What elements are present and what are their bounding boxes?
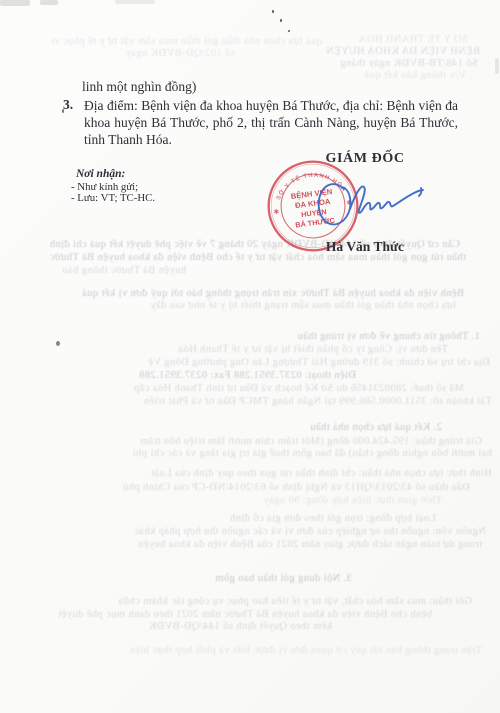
ink-speck xyxy=(272,10,274,13)
recipients-heading: Nơi nhận: xyxy=(76,168,125,180)
bleedthrough-line: Địa chỉ trụ sở chính: số 319 đường Hải T… xyxy=(100,357,490,369)
bleedthrough-line: Đấu thầu số 43/2013/QH13 và Nghị định số… xyxy=(56,482,470,494)
bleedthrough-line: SỞ Y TẾ THANH HÓA xyxy=(318,34,468,46)
bleedthrough-line: Gói thầu: mua sắm hóa chất, vật tư y tế … xyxy=(56,596,472,608)
bleedthrough-line: trong dự toán ngân sách được giao năm 20… xyxy=(60,539,482,551)
scan-smudge xyxy=(495,58,499,74)
ink-speck xyxy=(280,19,282,22)
bleedthrough-line: số 102/QĐ-BVĐK ngày xyxy=(95,48,235,60)
bleedthrough-line: 1. Thông tin chung về đơn vị trúng thầu xyxy=(228,331,480,343)
bleedthrough-line: Nguồn vốn: nguồn thu sự nghiệp của đơn v… xyxy=(56,526,486,538)
bleedthrough-line: kèm theo Quyết định số 144/QĐ-BVĐK xyxy=(90,621,332,633)
bleedthrough-line: Hình thức lựa chọn nhà thầu: chỉ định th… xyxy=(30,468,492,480)
bleedthrough-line: 2. Kết quả lựa chọn nhà thầu xyxy=(150,422,442,434)
bleedthrough-line: bệnh cho Bệnh viện đa khoa huyện Bá Thướ… xyxy=(56,609,432,621)
bleedthrough-line: Số 148/TB-BVĐK ngày tháng xyxy=(330,58,478,70)
bleedthrough-line: lựa chọn nhà thầu gói thầu mua sắm trang… xyxy=(36,300,456,312)
scan-smudge xyxy=(115,0,155,4)
list-item-text: Địa điểm: Bệnh viện đa khoa huyện Bá Thư… xyxy=(84,97,458,148)
bleedthrough-line: Loại hợp đồng: trọn gói theo đơn giá cố … xyxy=(150,513,436,525)
bleedthrough-line: Bệnh viện đa khoa huyện Bá Thước xin trâ… xyxy=(36,288,464,300)
signature-scribble xyxy=(350,187,423,213)
signature-loop xyxy=(319,184,351,224)
signature-tick xyxy=(419,188,421,196)
bleedthrough-line: Trân trọng thông báo tới quý cơ quan đơn… xyxy=(20,645,482,657)
bleedthrough-line: hai mươi bốn nghìn đồng chẵn) đã bao gồm… xyxy=(40,448,492,460)
list-item-3: 3. Địa điểm: Bệnh viện đa khoa huyện Bá … xyxy=(63,97,458,148)
ink-speck xyxy=(288,30,290,32)
bleedthrough-line: huyện Bá Thước thông báo xyxy=(36,265,186,277)
paragraph-remainder-line: linh một nghìn đồng) xyxy=(82,79,196,95)
bleedthrough-line: V/v thông báo kết quả xyxy=(338,70,466,82)
bleedthrough-line: Tài khoản số: 3511.0000.586.999 tại Ngân… xyxy=(56,396,492,408)
bleedthrough-line: Tên đơn vị: Công ty cổ phần thiết bị vật… xyxy=(100,344,448,356)
recipient-item: - Lưu: VT; TC-HC. xyxy=(71,193,155,205)
bleedthrough-line: quả lựa chọn nhà thầu gói thầu mua sắm v… xyxy=(52,36,322,48)
stamp-star-left: ✱ xyxy=(273,208,280,217)
handwritten-signature xyxy=(314,169,434,237)
bleedthrough-line: 3. Nội dung gói thầu bao gồm xyxy=(110,573,352,585)
scan-smudge xyxy=(0,0,30,6)
bleedthrough-line: Thời gian thực hiện hợp đồng: 90 ngày xyxy=(160,495,442,507)
scan-smudge xyxy=(40,0,58,5)
list-item-number: 3. xyxy=(63,97,84,148)
scanned-document-page: quả lựa chọn nhà thầu gói thầu mua sắm v… xyxy=(0,0,500,713)
signer-name: Hà Văn Thức xyxy=(290,239,440,255)
bleedthrough-line: BỆNH VIỆN ĐA KHOA HUYỆN xyxy=(322,46,480,58)
bleedthrough-line: Điện thoại: 0237.3951.288 Fax: 0237.3951… xyxy=(56,370,356,382)
bleedthrough-line: Mã số thuế: 2800231456 do Sở Kế hoạch và… xyxy=(72,383,464,395)
bleedthrough-line: Giá trúng thầu: 195.424.000 đồng (Một tr… xyxy=(56,436,482,448)
ink-speck xyxy=(56,341,60,346)
